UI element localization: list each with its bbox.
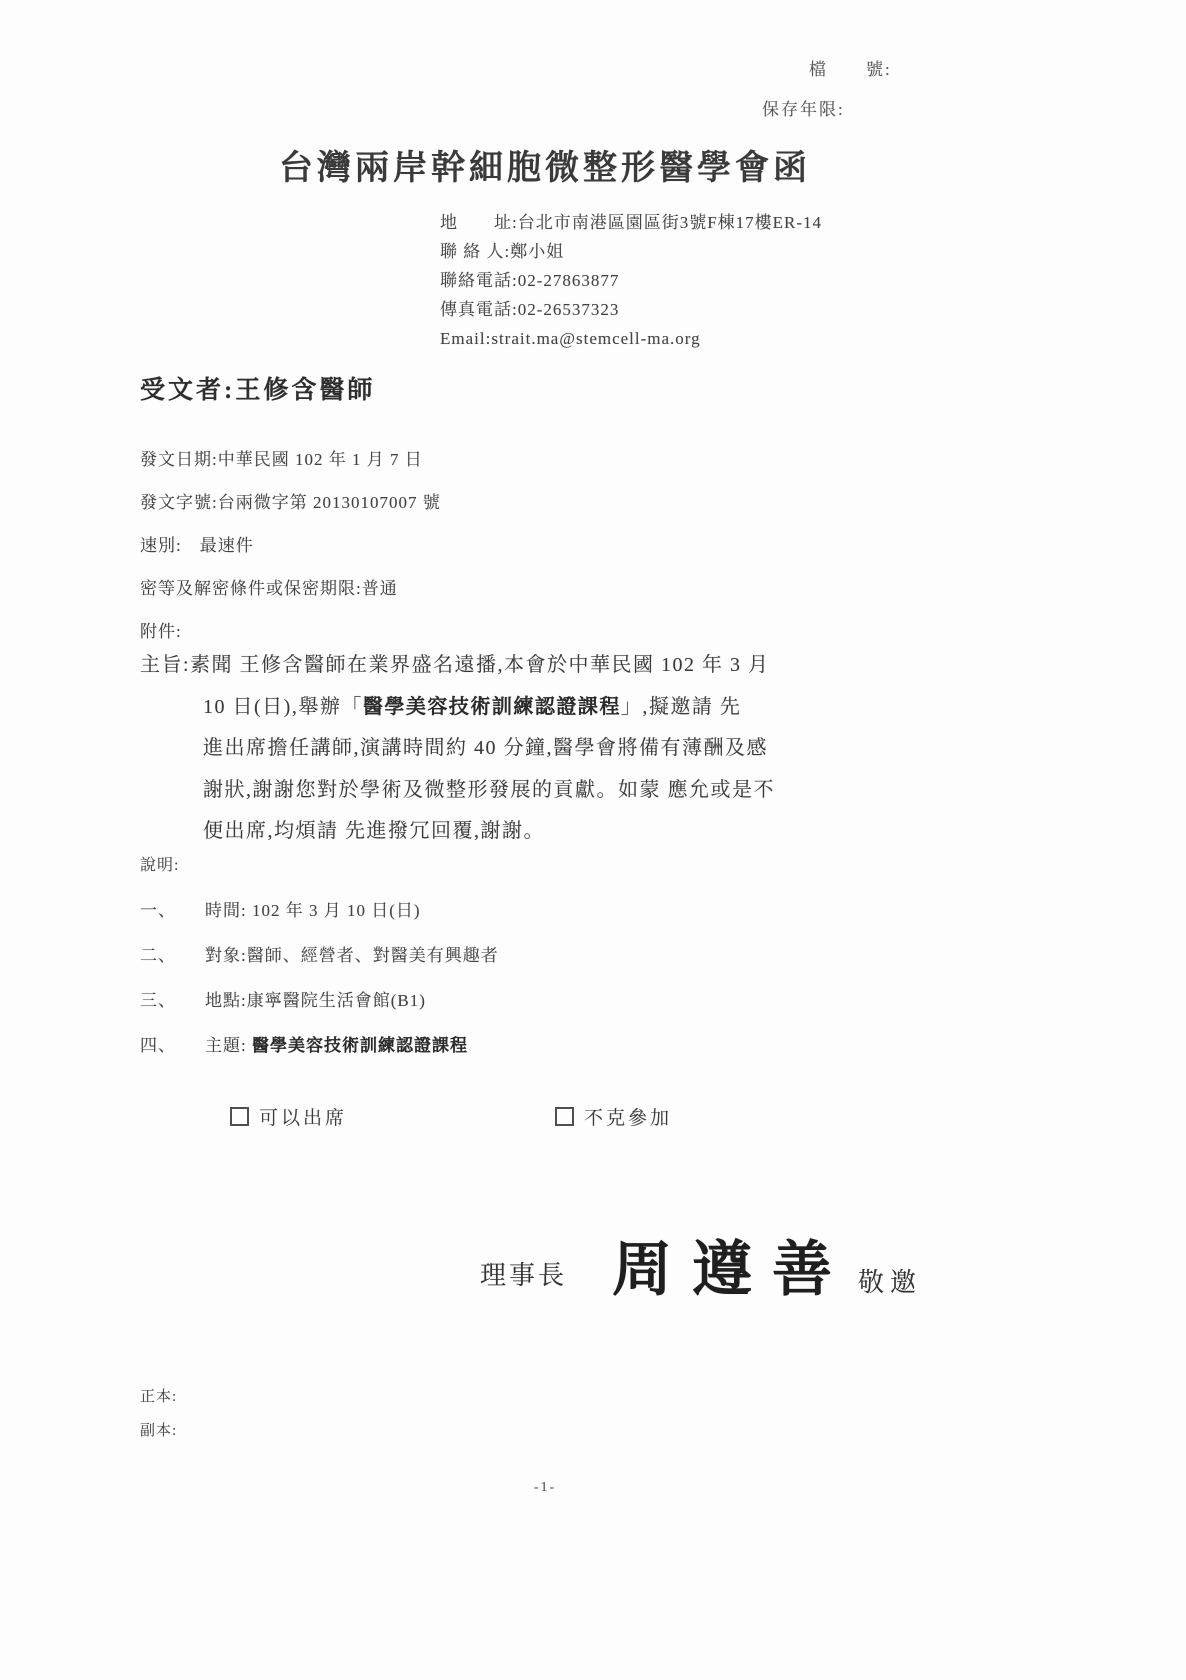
reference-number-line: 發文字號:台兩微字第 20130107007 號 xyxy=(140,481,441,524)
list-item-number: 三、 xyxy=(140,978,205,1023)
speed-class-line: 速別: 最速件 xyxy=(140,524,441,567)
rsvp-option-attend: 可以出席 xyxy=(230,1103,347,1130)
document-title: 台灣兩岸幹細胞微整形醫學會函 xyxy=(0,140,1090,189)
recipient-line: 受文者:王修含醫師 xyxy=(140,370,375,406)
subject-line-3: 進出席擔任講師,演講時間約 40 分鐘,醫學會將備有薄酬及感 xyxy=(140,728,985,770)
meta-block: 發文日期:中華民國 102 年 1 月 7 日 發文字號:台兩微字第 20130… xyxy=(140,438,441,653)
explanation-label: 說明: xyxy=(140,852,179,875)
topic-label: 主題: xyxy=(205,1036,252,1055)
fax-line: 傳真電話:02-26537323 xyxy=(440,295,822,324)
list-item-topic: 四、 主題: 醫學美容技術訓練認證課程 xyxy=(140,1023,499,1068)
page-number: -1- xyxy=(0,1480,1090,1496)
topic-course-name-bold: 醫學美容技術訓練認證課程 xyxy=(252,1036,468,1055)
signature-name: 周遵善 xyxy=(612,1222,852,1308)
retention-period-label: 保存年限: xyxy=(762,90,892,130)
decline-label: 不克參加 xyxy=(584,1103,672,1130)
file-number-label: 檔 號: xyxy=(762,50,892,90)
copies-block: 正本: 副本: xyxy=(140,1380,177,1448)
document-page: 檔 號: 保存年限: 台灣兩岸幹細胞微整形醫學會函 地 址:台北市南港區園區街3… xyxy=(0,0,1186,1680)
list-item-text: 時間: 102 年 3 月 10 日(日) xyxy=(205,888,421,933)
subject-line-2-post: 」,擬邀請 先 xyxy=(621,696,742,718)
list-item-audience: 二、 對象:醫師、經營者、對醫美有興趣者 xyxy=(140,933,499,978)
list-item-number: 一、 xyxy=(140,888,205,933)
list-item-number: 二、 xyxy=(140,933,205,978)
explanation-list: 一、 時間: 102 年 3 月 10 日(日) 二、 對象:醫師、經營者、對醫… xyxy=(140,888,499,1068)
list-item-text: 主題: 醫學美容技術訓練認證課程 xyxy=(205,1023,468,1068)
list-item-location: 三、 地點:康寧醫院生活會館(B1) xyxy=(140,978,499,1023)
subject-line-2-pre: 10 日(日),舉辦「 xyxy=(203,696,363,718)
contact-block: 地 址:台北市南港區園區街3號F棟17樓ER-14 聯 絡 人:鄭小姐 聯絡電話… xyxy=(440,208,822,353)
issue-date-line: 發文日期:中華民國 102 年 1 月 7 日 xyxy=(140,438,441,481)
attend-label: 可以出席 xyxy=(259,1103,347,1130)
list-item-number: 四、 xyxy=(140,1023,205,1068)
security-class-line: 密等及解密條件或保密期限:普通 xyxy=(140,567,441,610)
course-name-bold: 醫學美容技術訓練認證課程 xyxy=(363,696,621,718)
file-header: 檔 號: 保存年限: xyxy=(762,50,892,130)
signature-title: 理事長 xyxy=(480,1255,567,1292)
decline-checkbox[interactable] xyxy=(555,1107,574,1126)
subject-line-2: 10 日(日),舉辦「醫學美容技術訓練認證課程」,擬邀請 先 xyxy=(140,687,985,729)
subject-line-5: 便出席,均煩請 先進撥冗回覆,謝謝。 xyxy=(140,811,985,853)
subject-line-1: 主旨:素聞 王修含醫師在業界盛名遠播,本會於中華民國 102 年 3 月 xyxy=(140,645,985,687)
contact-person-line: 聯 絡 人:鄭小姐 xyxy=(440,237,822,266)
list-item-text: 對象:醫師、經營者、對醫美有興趣者 xyxy=(205,933,499,978)
address-line: 地 址:台北市南港區園區街3號F棟17樓ER-14 xyxy=(440,208,822,237)
rsvp-option-decline: 不克參加 xyxy=(555,1103,672,1130)
list-item-text: 地點:康寧醫院生活會館(B1) xyxy=(205,978,426,1023)
phone-line: 聯絡電話:02-27863877 xyxy=(440,266,822,295)
signature-suffix: 敬邀 xyxy=(858,1262,922,1299)
attend-checkbox[interactable] xyxy=(230,1107,249,1126)
rsvp-row: 可以出席 不克參加 xyxy=(0,1103,1186,1133)
subject-paragraph: 主旨:素聞 王修含醫師在業界盛名遠播,本會於中華民國 102 年 3 月 10 … xyxy=(140,645,985,853)
email-line: Email:strait.ma@stemcell-ma.org xyxy=(440,324,822,353)
original-copy-label: 正本: xyxy=(140,1380,177,1414)
list-item-time: 一、 時間: 102 年 3 月 10 日(日) xyxy=(140,888,499,933)
subject-line-4: 謝狀,謝謝您對於學術及微整形發展的貢獻。如蒙 應允或是不 xyxy=(140,770,985,812)
duplicate-copy-label: 副本: xyxy=(140,1414,177,1448)
